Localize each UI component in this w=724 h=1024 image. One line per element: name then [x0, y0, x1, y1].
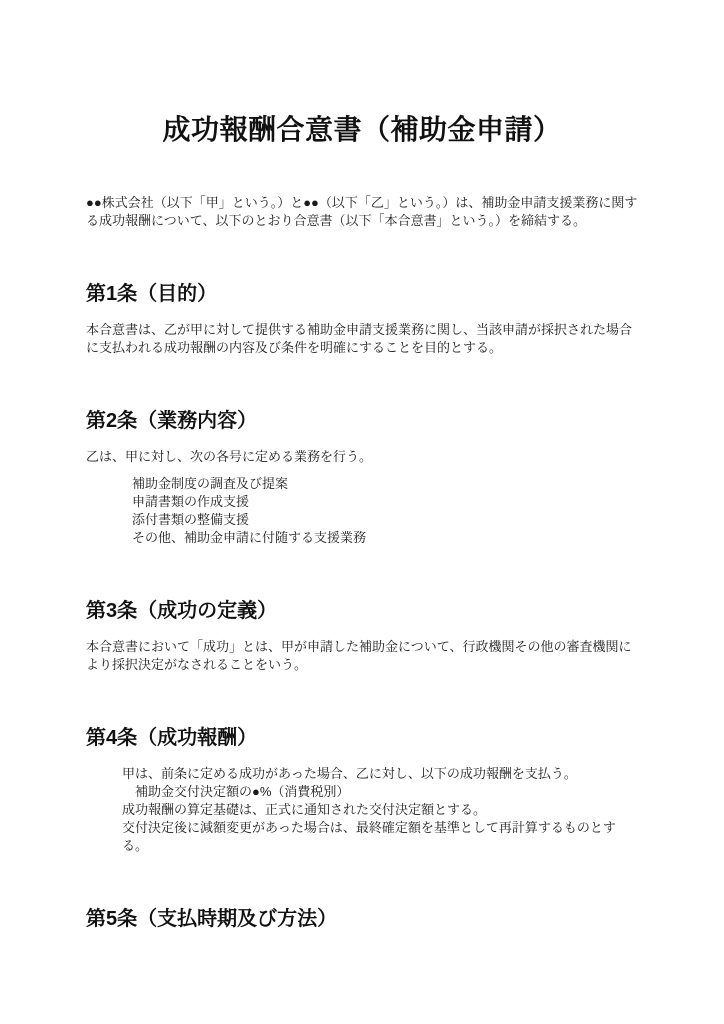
- document-page: 成功報酬合意書（補助金申請） ●●株式会社（以下「甲」という。）と●●（以下「乙…: [0, 0, 724, 1024]
- fee-term-line: 補助金交付決定額の●%（消費税別）: [122, 783, 638, 801]
- article-section-3: 第3条（成功の定義） 本合意書において「成功」とは、甲が申請した補助金について、…: [86, 597, 638, 674]
- article-3-heading: 第3条（成功の定義）: [86, 597, 638, 625]
- task-list-item: 申請書類の作成支援: [132, 493, 638, 511]
- intro-paragraph: ●●株式会社（以下「甲」という。）と●●（以下「乙」という。）は、補助金申請支援…: [86, 194, 638, 230]
- article-2-heading: 第2条（業務内容）: [86, 407, 638, 435]
- article-3-paragraph: 本合意書において「成功」とは、甲が申請した補助金について、行政機関その他の審査機…: [86, 638, 638, 674]
- task-list-item: その他、補助金申請に付随する支援業務: [132, 529, 638, 547]
- fee-term-line: 甲は、前条に定める成功があった場合、乙に対し、以下の成功報酬を支払う。: [122, 765, 638, 783]
- document-title: 成功報酬合意書（補助金申請）: [86, 110, 638, 149]
- service-task-list: 補助金制度の調査及び提案 申請書類の作成支援 添付書類の整備支援 その他、補助金…: [86, 475, 638, 547]
- task-list-item: 添付書類の整備支援: [132, 511, 638, 529]
- article-section-4: 第4条（成功報酬） 甲は、前条に定める成功があった場合、乙に対し、以下の成功報酬…: [86, 724, 638, 855]
- article-section-2: 第2条（業務内容） 乙は、甲に対し、次の各号に定める業務を行う。 補助金制度の調…: [86, 407, 638, 547]
- article-1-paragraph: 本合意書は、乙が甲に対して提供する補助金申請支援業務に関し、当該申請が採択された…: [86, 321, 638, 357]
- fee-term-line: 成功報酬の算定基礎は、正式に通知された交付決定額とする。: [122, 801, 638, 819]
- fee-term-line: 交付決定後に減額変更があった場合は、最終確定額を基準として再計算するものとする。: [122, 819, 638, 855]
- article-2-paragraph: 乙は、甲に対し、次の各号に定める業務を行う。: [86, 448, 638, 466]
- article-4-heading: 第4条（成功報酬）: [86, 724, 638, 752]
- fee-terms-block: 甲は、前条に定める成功があった場合、乙に対し、以下の成功報酬を支払う。 補助金交…: [86, 765, 638, 855]
- task-list-item: 補助金制度の調査及び提案: [132, 475, 638, 493]
- article-5-heading: 第5条（支払時期及び方法）: [86, 905, 638, 933]
- article-1-heading: 第1条（目的）: [86, 280, 638, 308]
- article-section-5: 第5条（支払時期及び方法）: [86, 905, 638, 933]
- article-section-1: 第1条（目的） 本合意書は、乙が甲に対して提供する補助金申請支援業務に関し、当該…: [86, 280, 638, 357]
